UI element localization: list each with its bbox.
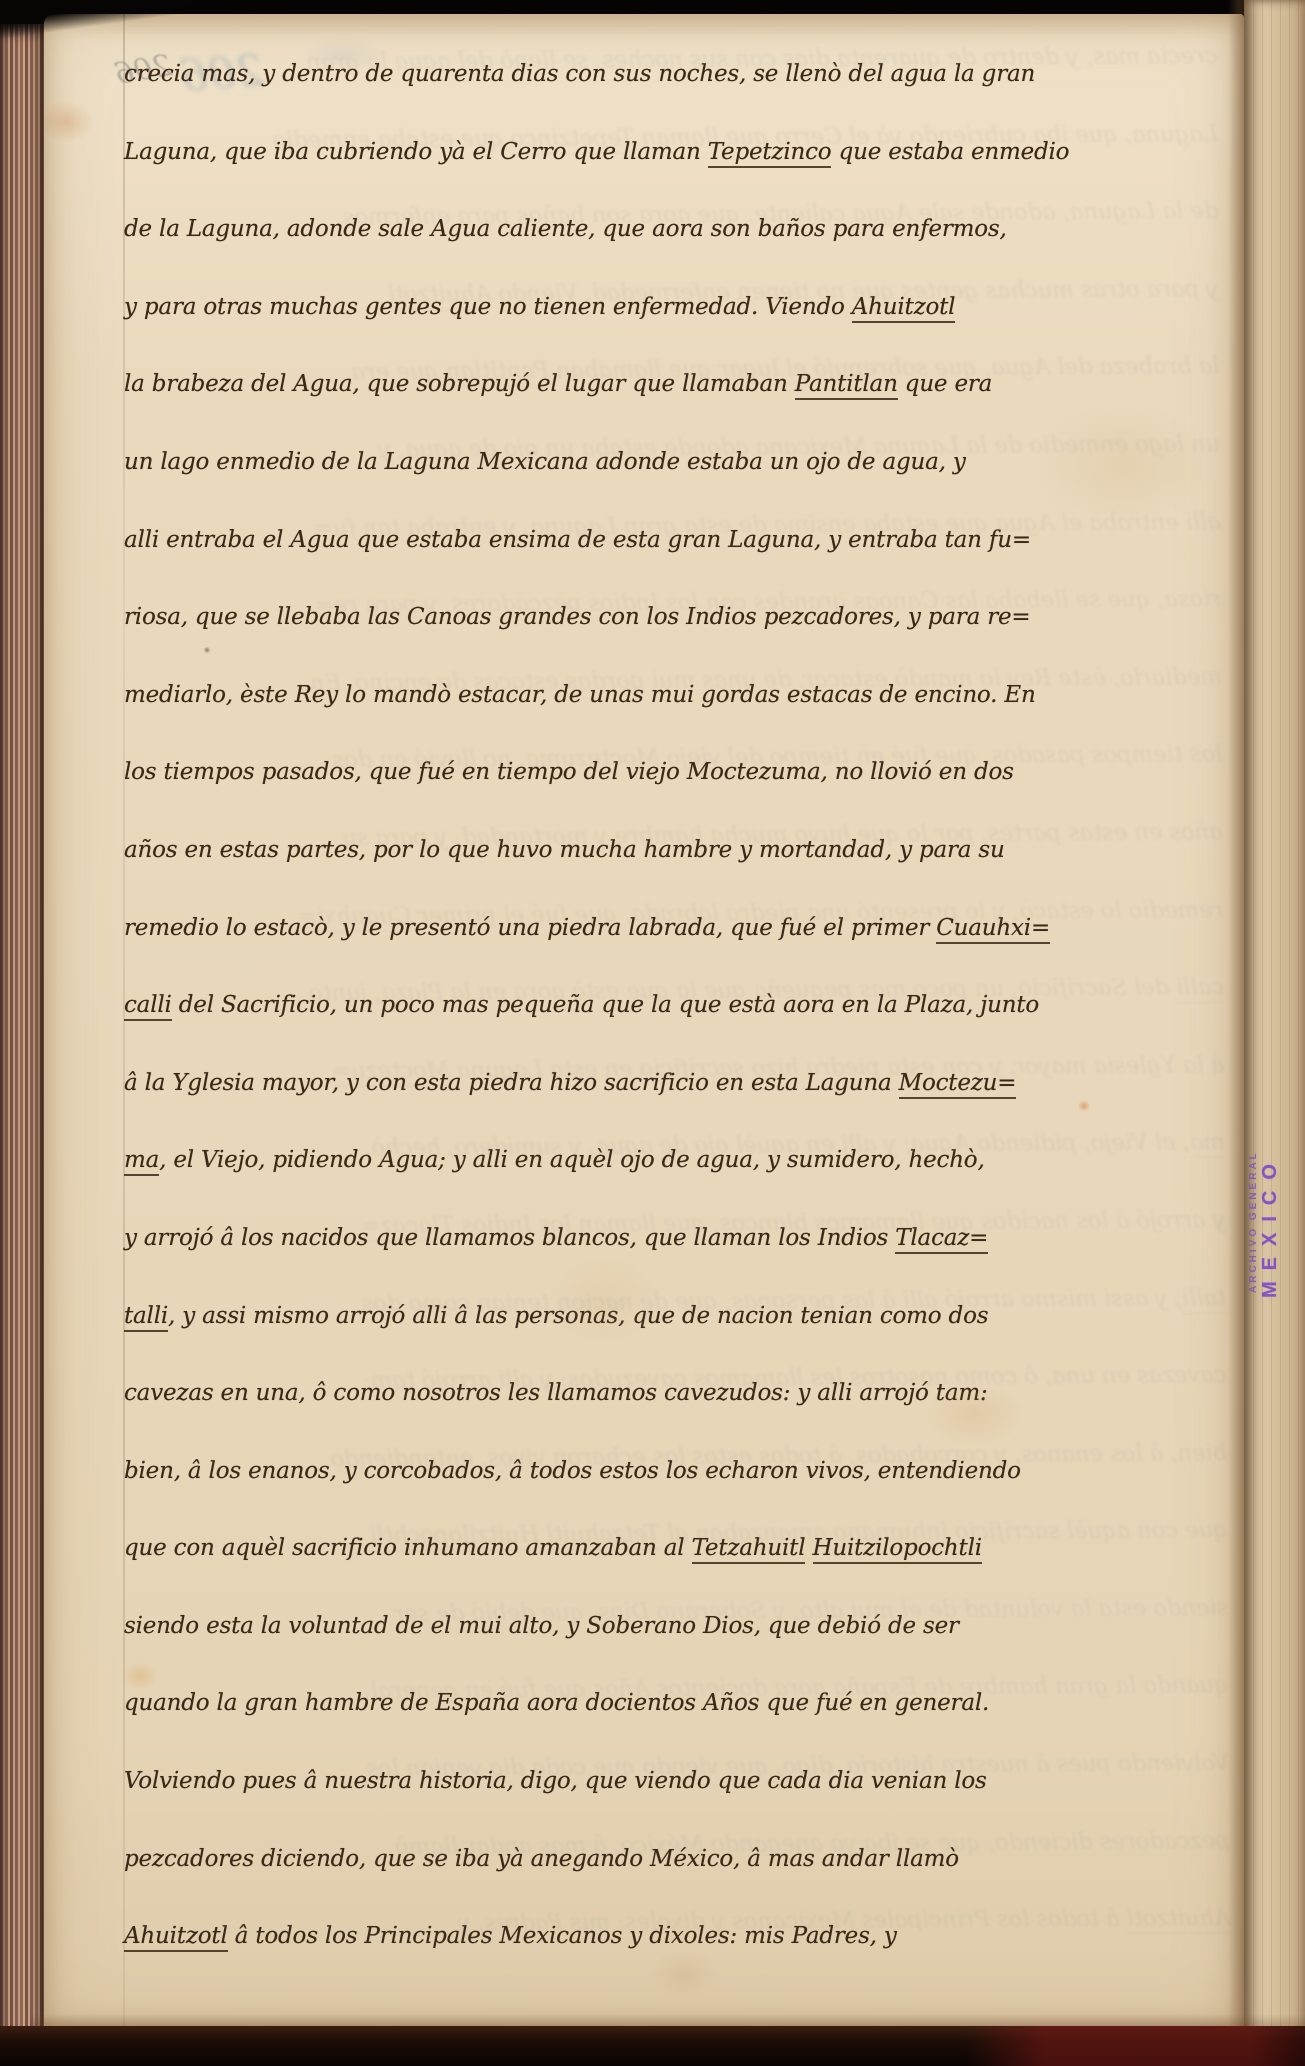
manuscript-page: 206 206 crecia mas, y dentro de quarenta… bbox=[44, 14, 1244, 2028]
manuscript-line: talli, y assi mismo arrojó alli â las pe… bbox=[106, 1260, 1227, 1345]
manuscript-line: remedio lo estacò, y le presentó una pie… bbox=[103, 872, 1224, 957]
book-cover-bottom bbox=[0, 2026, 1305, 2066]
manuscript-line: Ahuitzotl â todos los Principales Mexica… bbox=[110, 1880, 1231, 1965]
manuscript-line: siendo esta la voluntad de el mui alto, … bbox=[108, 1570, 1229, 1655]
manuscript-line: pezcadores diciendo, que se iba yà anega… bbox=[110, 1803, 1231, 1888]
book-fore-edge-pages bbox=[0, 24, 46, 2048]
manuscript-line: de la Laguna, adonde sale Agua caliente,… bbox=[98, 173, 1219, 258]
manuscript-line: y arrojó â los nacidos que llamamos blan… bbox=[105, 1182, 1226, 1267]
manuscript-line: crecia mas, y dentro de quarenta dias co… bbox=[97, 18, 1218, 103]
manuscript-line: la brabeza del Agua, que sobrepujó el lu… bbox=[99, 328, 1220, 413]
archive-stamp-small-text: ARCHIVO GENERAL bbox=[1248, 1003, 1259, 1293]
manuscript-line: bien, â los enanos, y corcobados, â todo… bbox=[107, 1415, 1228, 1500]
manuscript-line: y para otras muchas gentes que no tienen… bbox=[99, 251, 1220, 336]
top-corner-shadow bbox=[0, 0, 260, 46]
book-photo: 206 206 crecia mas, y dentro de quarenta… bbox=[0, 0, 1305, 2066]
archive-stamp-main-text: MEXICO bbox=[1259, 998, 1282, 1298]
manuscript-line: ma, el Viejo, pidiendo Agua; y alli en a… bbox=[105, 1104, 1226, 1189]
manuscript-line: Volviendo pues â nuestra historia, digo,… bbox=[109, 1725, 1230, 1810]
manuscript-line: â la Yglesia mayor, y con esta piedra hi… bbox=[104, 1027, 1225, 1112]
manuscript-line: un lago enmedio de la Laguna Mexicana ad… bbox=[100, 406, 1221, 491]
manuscript-line: los tiempos pasados, que fué en tiempo d… bbox=[102, 716, 1223, 801]
manuscript-line: años en estas partes, por lo que huvo mu… bbox=[103, 794, 1224, 879]
manuscript-line: mediarlo, èste Rey lo mandò estacar, de … bbox=[102, 639, 1223, 724]
bleedthrough-text: crecia mas, y dentro de quarenta dias co… bbox=[97, 18, 1231, 1966]
manuscript-line: calli del Sacrificio, un poco mas pequeñ… bbox=[104, 949, 1225, 1034]
manuscript-line: Laguna, que iba cubriendo yà el Cerro qu… bbox=[98, 96, 1219, 181]
manuscript-line: que con aquèl sacrificio inhumano amanza… bbox=[108, 1492, 1229, 1577]
manuscript-line: alli entraba el Agua que estaba ensima d… bbox=[100, 484, 1221, 569]
archive-stamp: ARCHIVO GENERAL MEXICO bbox=[1248, 998, 1304, 1298]
manuscript-line: riosa, que se llebaba las Canoas grandes… bbox=[101, 561, 1222, 646]
manuscript-line: quando la gran hambre de España aora doc… bbox=[109, 1648, 1230, 1733]
manuscript-line: cavezas en una, ô como nosotros les llam… bbox=[106, 1337, 1227, 1422]
